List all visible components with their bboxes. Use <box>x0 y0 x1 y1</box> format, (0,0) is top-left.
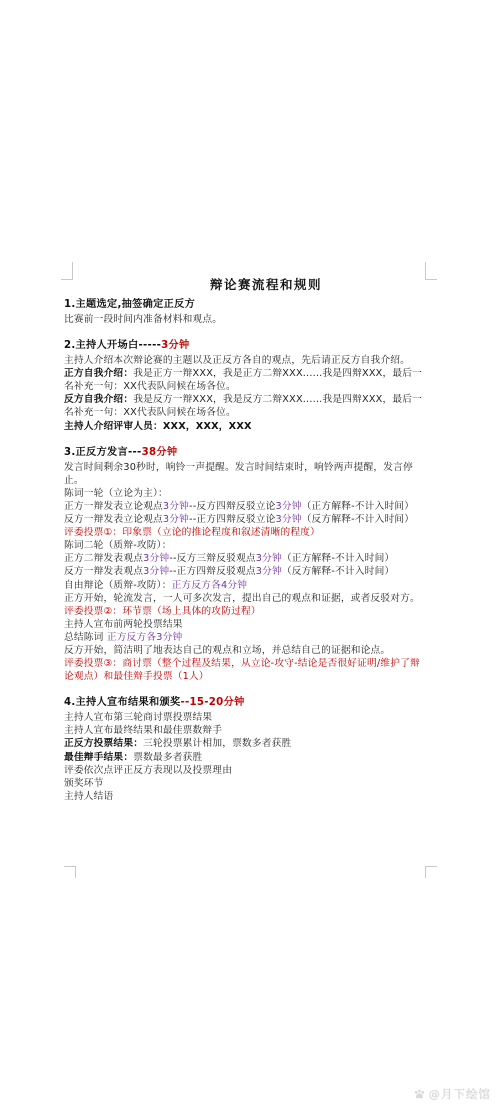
watermark: @月下绘馆 <box>413 1086 492 1102</box>
crop-mark-bottom-right <box>425 866 437 878</box>
text-segment: 自由辩论（质辩-攻防）： <box>64 580 172 591</box>
paragraph-line: 评委投票①：印象票（立论的推论程度和叙述清晰的程度） <box>64 526 428 539</box>
paragraph-line: 主持人介绍评审人员：XXX，XXX，XXX <box>64 420 428 433</box>
text-segment: 总结陈词 <box>64 632 107 643</box>
text-segment: 主持人结语 <box>64 791 113 802</box>
section-heading: 2.主持人开场白-----3分钟 <box>64 338 428 353</box>
text-segment: （反方解释-不计入时间） <box>302 514 414 525</box>
text-segment: --15-20分钟 <box>180 697 244 708</box>
section-heading: 3.正反方发言---38分钟 <box>64 445 428 460</box>
paragraph-line: 正方一辩发表立论观点3分钟--反方四辩反驳立论3分钟（正方解释-不计入时间） <box>64 500 428 513</box>
paragraph-line: 主持人宣布第三轮商讨票投票结果 <box>64 711 428 724</box>
text-segment: 3分钟 <box>161 340 189 351</box>
text-segment: 正方反方各3分钟 <box>107 632 183 643</box>
paragraph-line: 自由辩论（质辩-攻防）：正方反方各4分钟 <box>64 579 428 592</box>
text-segment: 正方二辩发表观点 <box>64 553 143 564</box>
text-segment: 3.正反方发言--- <box>64 447 142 458</box>
text-segment: 3分钟 <box>276 514 302 525</box>
text-segment: 38分钟 <box>142 447 178 458</box>
text-segment: 反方自我介绍： <box>64 394 133 405</box>
text-segment: --正方四辩反驳观点 <box>169 566 256 577</box>
paragraph-line: 反方一辩发表立论观点3分钟--正方四辩反驳立论3分钟（反方解释-不计入时间） <box>64 513 428 526</box>
document-sections: 1.主题选定,抽签确定正反方比赛前一段时间内准备材料和观点。2.主持人开场白--… <box>64 297 428 803</box>
text-segment: 反方一辩发表立论观点 <box>64 514 163 525</box>
text-segment: 颁奖环节 <box>64 778 104 789</box>
text-segment: 正反方投票结果： <box>64 738 143 749</box>
document-page: 辩论赛流程和规则 1.主题选定,抽签确定正反方比赛前一段时间内准备材料和观点。2… <box>64 277 428 803</box>
paragraph-line: 评委投票②：环节票（场上具体的攻防过程） <box>64 605 428 618</box>
text-segment: 正方开始，轮流发言，一人可多次发言，提出自己的观点和证据，或者反驳对方。 <box>64 593 420 604</box>
text-segment: 3分钟 <box>276 501 302 512</box>
text-segment: （正方解释-不计入时间） <box>302 501 414 512</box>
text-segment: （反方解释-不计入时间） <box>282 566 394 577</box>
paragraph-line: 反方一辩发表观点3分钟--正方四辩反驳观点3分钟（反方解释-不计入时间） <box>64 565 428 578</box>
paragraph-line: 正方开始，轮流发言，一人可多次发言，提出自己的观点和证据，或者反驳对方。 <box>64 592 428 605</box>
text-segment: --反方四辩反驳立论 <box>189 501 276 512</box>
text-segment: 3分钟 <box>256 566 282 577</box>
text-segment: 发言时间剩余30秒时，响铃一声提醒。发言时间结束时，响铃两声提醒，发言停止。 <box>64 462 413 486</box>
paragraph-line: 正方二辩发表观点3分钟--反方三辩反驳观点3分钟（正方解释-不计入时间） <box>64 552 428 565</box>
text-segment: 3分钟 <box>143 553 169 564</box>
paragraph-line: 陈词一轮（立论为主）： <box>64 487 428 500</box>
text-segment: --反方三辩反驳观点 <box>169 553 256 564</box>
text-segment: 3分钟 <box>143 566 169 577</box>
section: 2.主持人开场白-----3分钟主持人介绍本次辩论赛的主题以及正反方各自的观点，… <box>64 338 428 433</box>
paragraph-line: 正方自我介绍：我是正方一辩XXX，我是正方二辩XXX......我是四辩XXX，… <box>64 367 428 393</box>
crop-mark-bottom-left <box>64 866 76 878</box>
text-segment: XXX，XXX，XXX <box>163 421 252 432</box>
text-segment: 评委投票②：环节票（场上具体的攻防过程） <box>64 606 261 617</box>
watermark-text: @月下绘馆 <box>429 1086 492 1102</box>
paragraph-line: 发言时间剩余30秒时，响铃一声提醒。发言时间结束时，响铃两声提醒，发言停止。 <box>64 461 428 487</box>
paragraph-line: 颁奖环节 <box>64 777 428 790</box>
paragraph-line: 评委投票③：商讨票（整个过程及结果，从立论-攻守-结论是否很好证明/维护了辩论观… <box>64 657 428 683</box>
text-segment: 主持人宣布前两轮投票结果 <box>64 619 183 630</box>
paragraph-line: 主持人宣布最终结果和最佳票数辩手 <box>64 724 428 737</box>
paw-icon <box>413 1088 426 1101</box>
text-segment: 最佳辩手结果： <box>64 752 133 763</box>
text-segment: 陈词一轮（立论为主）： <box>64 488 168 499</box>
text-segment: 三轮投票累计相加，票数多者获胜 <box>143 738 291 749</box>
text-segment: 3分钟 <box>163 501 189 512</box>
section: 3.正反方发言---38分钟发言时间剩余30秒时，响铃一声提醒。发言时间结束时，… <box>64 445 428 684</box>
text-segment: 主持人介绍评审人员： <box>64 421 163 432</box>
text-segment: 主持人宣布第三轮商讨票投票结果 <box>64 712 212 723</box>
text-segment: 主持人宣布最终结果和最佳票数辩手 <box>64 725 222 736</box>
paragraph-line: 正反方投票结果：三轮投票累计相加，票数多者获胜 <box>64 737 428 750</box>
text-segment: 评委投票①：印象票（立论的推论程度和叙述清晰的程度） <box>64 527 320 538</box>
text-segment: --正方四辩反驳立论 <box>189 514 276 525</box>
page-title: 辩论赛流程和规则 <box>104 277 428 293</box>
text-segment: 3分钟 <box>256 553 282 564</box>
text-segment: （正方解释-不计入时间） <box>282 553 394 564</box>
text-segment: 正方自我介绍： <box>64 368 133 379</box>
text-segment: 比赛前一段时间内准备材料和观点。 <box>64 314 222 325</box>
text-segment: 3分钟 <box>163 514 189 525</box>
text-segment: 反方开始，简洁明了地表达自己的观点和立场，并总结自己的证据和论点。 <box>64 645 390 656</box>
section-heading: 4.主持人宣布结果和颁奖--15-20分钟 <box>64 695 428 710</box>
text-segment: 陈词二轮（质辩-攻防）： <box>64 540 172 551</box>
text-segment: 正方一辩发表立论观点 <box>64 501 163 512</box>
text-segment: 2.主持人开场白----- <box>64 340 161 351</box>
text-segment: 正方反方各4分钟 <box>172 580 248 591</box>
text-segment: 评委投票③：商讨票（整个过程及结果，从立论-攻守-结论是否很好证明/维护了辩论观… <box>64 658 420 682</box>
text-segment: 反方一辩发表观点 <box>64 566 143 577</box>
section: 4.主持人宣布结果和颁奖--15-20分钟主持人宣布第三轮商讨票投票结果主持人宣… <box>64 695 428 803</box>
text-segment: 评委依次点评正反方表现以及投票理由 <box>64 765 232 776</box>
paragraph-line: 评委依次点评正反方表现以及投票理由 <box>64 764 428 777</box>
section-heading: 1.主题选定,抽签确定正反方 <box>64 297 428 312</box>
paragraph-line: 主持人宣布前两轮投票结果 <box>64 618 428 631</box>
paragraph-line: 比赛前一段时间内准备材料和观点。 <box>64 313 428 326</box>
text-segment: 1.主题选定,抽签确定正反方 <box>64 299 195 310</box>
paragraph-line: 总结陈词 正方反方各3分钟 <box>64 631 428 644</box>
paragraph-line: 主持人结语 <box>64 790 428 803</box>
paragraph-line: 最佳辩手结果：票数最多者获胜 <box>64 751 428 764</box>
paragraph-line: 反方开始，简洁明了地表达自己的观点和立场，并总结自己的证据和论点。 <box>64 644 428 657</box>
text-segment: 主持人介绍本次辩论赛的主题以及正反方各自的观点，先后请正反方自我介绍。 <box>64 355 410 366</box>
section: 1.主题选定,抽签确定正反方比赛前一段时间内准备材料和观点。 <box>64 297 428 326</box>
text-segment: 票数最多者获胜 <box>133 752 202 763</box>
paragraph-line: 主持人介绍本次辩论赛的主题以及正反方各自的观点，先后请正反方自我介绍。 <box>64 354 428 367</box>
paragraph-line: 陈词二轮（质辩-攻防）： <box>64 539 428 552</box>
paragraph-line: 反方自我介绍：我是反方一辩XXX，我是反方二辩XXX......我是四辩XXX，… <box>64 393 428 419</box>
text-segment: 4.主持人宣布结果和颁奖 <box>64 697 180 708</box>
